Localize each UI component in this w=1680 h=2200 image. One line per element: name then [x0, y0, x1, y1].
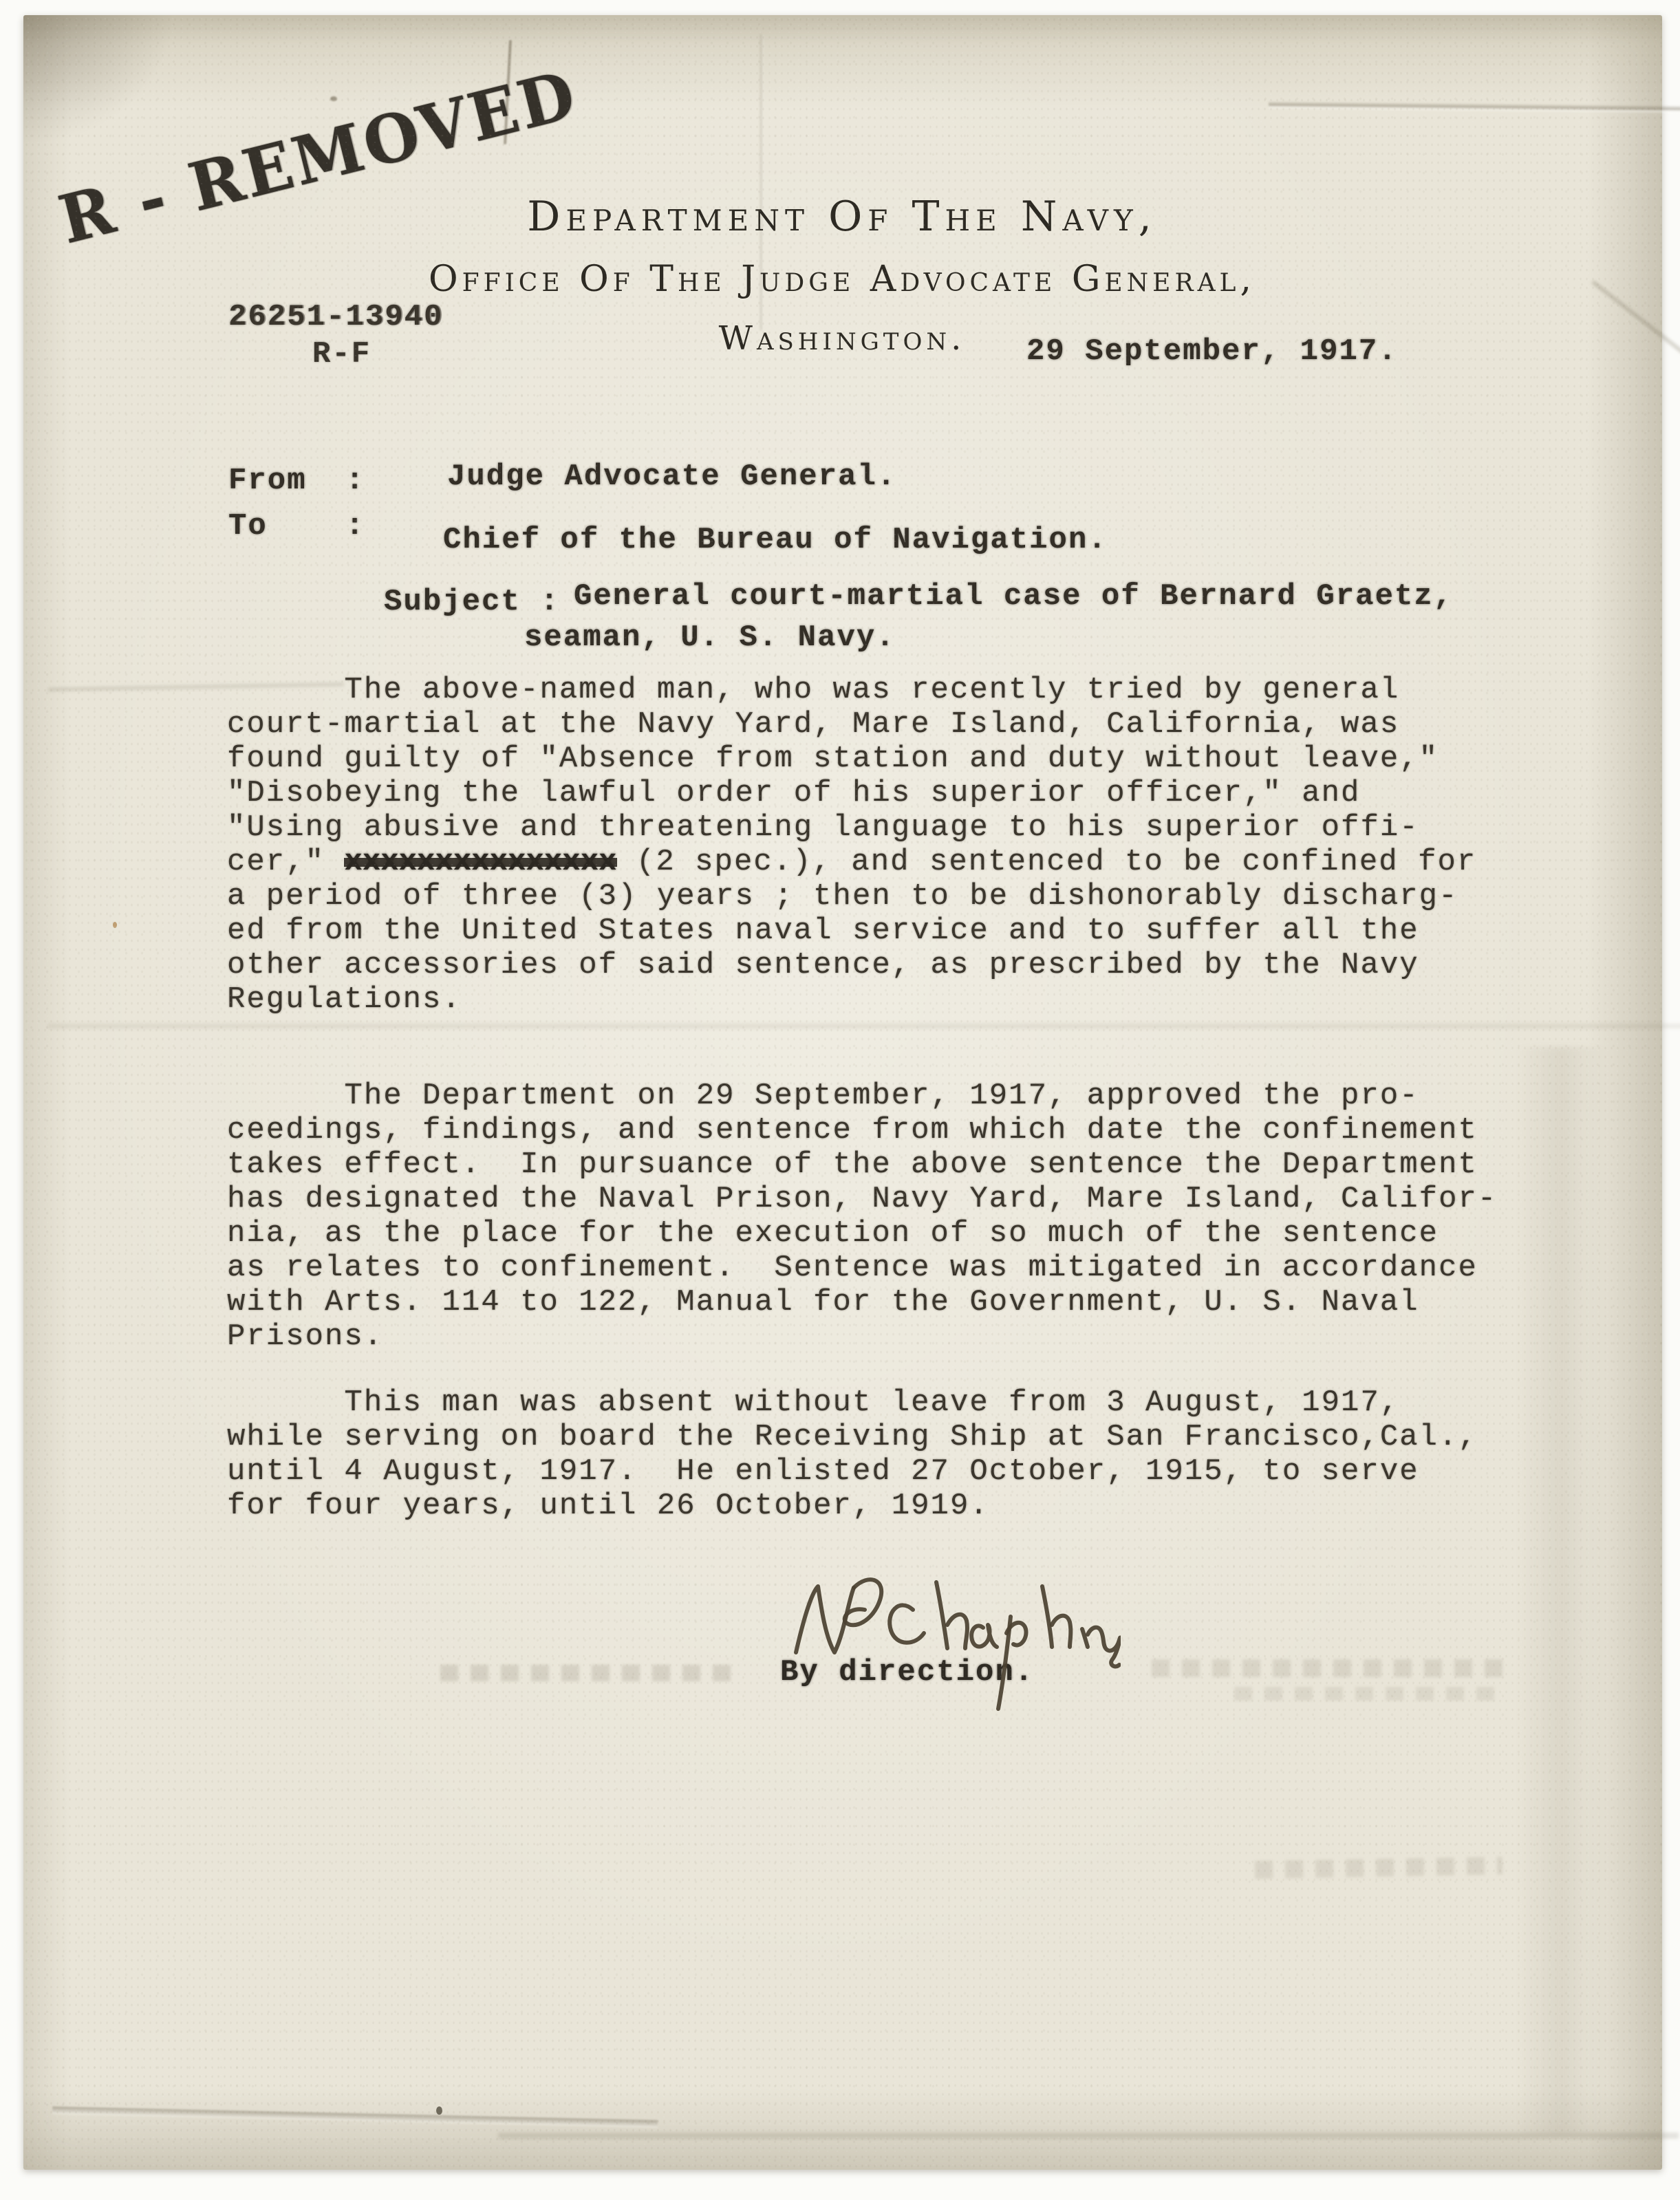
- subject-value-line1: General court-martial case of Bernard Gr…: [574, 579, 1453, 614]
- signature-handwritten: [777, 1571, 1121, 1729]
- letterhead-department: Department Of The Navy,: [257, 193, 1427, 241]
- paper-fleck: [330, 96, 337, 101]
- subject-label: Subject :: [384, 585, 560, 619]
- letterhead-office: Office Of The Judge Advocate General,: [257, 259, 1427, 300]
- struck-out-text: xxxxxxxxxxxxxxx: [344, 845, 616, 879]
- from-label: From :: [228, 464, 365, 498]
- file-reference: R-F: [312, 337, 371, 371]
- paragraph-1: The above-named man, who was recently tr…: [227, 673, 1534, 1017]
- ink-bleedthrough: [1255, 1857, 1503, 1879]
- paper-crease-bottom-2: [498, 2133, 1679, 2139]
- letter-paper: R - REMOVED Department Of The Navy, Offi…: [23, 15, 1662, 2170]
- subject-value-line2: seaman, U. S. Navy.: [524, 621, 896, 655]
- letter-date: 29 September, 1917.: [1026, 334, 1398, 369]
- file-number: 26251-13940: [228, 300, 443, 334]
- paragraph-2: The Department on 29 September, 1917, ap…: [227, 1079, 1534, 1354]
- paper-crease-top: [1269, 101, 1680, 114]
- to-label: To :: [228, 509, 365, 543]
- paper-crease-middle: [48, 1024, 1680, 1028]
- ink-bleedthrough: [440, 1665, 736, 1681]
- paper-fleck: [113, 922, 117, 928]
- paper-crease-bottom: [52, 2106, 658, 2128]
- ink-bleedthrough: [1234, 1687, 1503, 1701]
- scanned-letter: R - REMOVED Department Of The Navy, Offi…: [0, 0, 1680, 2200]
- ink-bleedthrough: [1152, 1659, 1509, 1677]
- paragraph-3: This man was absent without leave from 3…: [227, 1385, 1534, 1523]
- paper-corner-shadow: [23, 15, 175, 146]
- from-value: Judge Advocate General.: [447, 460, 896, 494]
- paper-crease-right: [1591, 280, 1680, 360]
- to-value: Chief of the Bureau of Navigation.: [443, 523, 1108, 557]
- paper-fleck: [436, 2106, 442, 2115]
